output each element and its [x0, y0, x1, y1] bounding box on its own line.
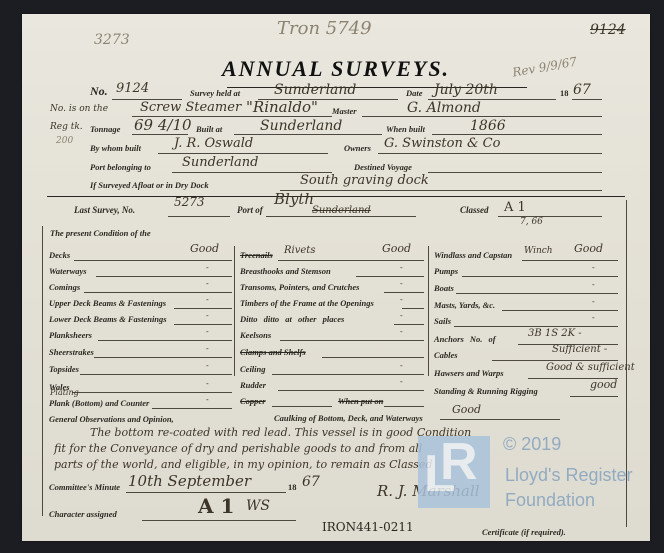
condition-value: Good [382, 242, 411, 255]
condition-label: Comings [49, 282, 80, 292]
committee-year-prefix: 18 [288, 482, 297, 492]
destined-voyage-label: Destined Voyage [354, 162, 412, 172]
character-initials: WS [246, 498, 270, 514]
condition-value: - [206, 279, 209, 288]
condition-label: Transoms, Pointers, and Crutches [240, 282, 359, 292]
caulking-label: Caulking of Bottom, Deck, and Waterways [274, 413, 423, 423]
surveyed-value: South graving dock [300, 173, 429, 188]
last-survey-value: 5273 [174, 195, 205, 209]
condition-label: Timbers of the Frame at the Openings [240, 298, 374, 308]
certificate-label: Certificate (if required). [482, 527, 566, 537]
year-prefix: 18 [560, 88, 569, 98]
condition-value: - [206, 395, 209, 404]
condition-value: Good [574, 242, 603, 255]
by-whom-value: J. R. Oswald [174, 136, 253, 151]
port-of-label: Port of [237, 205, 263, 215]
tonnage-label: Tonnage [90, 124, 120, 134]
condition-value: good [590, 378, 617, 391]
vessel-name: "Rinaldo" [246, 98, 318, 116]
condition-label: Ceiling [240, 364, 266, 374]
condition-label: Sheerstrakes [49, 347, 94, 357]
condition-label: Copper [240, 396, 266, 406]
condition-value: - [592, 263, 595, 272]
master-label: Master [332, 106, 357, 116]
watermark-org-line-2: Foundation [505, 490, 595, 511]
condition-value: - [206, 295, 209, 304]
committee-year: 67 [302, 474, 320, 490]
condition-label: Anchors No. of [434, 334, 496, 344]
classed-label: Classed [460, 205, 489, 215]
section-rule [47, 196, 625, 197]
condition-label-2: When put on [338, 396, 383, 406]
condition-value: - [206, 311, 209, 320]
top-right-number: 9124 [590, 22, 626, 38]
condition-value: - [592, 297, 595, 306]
condition-value: - [400, 279, 403, 288]
built-at-value: Sunderland [260, 118, 342, 134]
observations-label: General Observations and Opinion, [49, 414, 174, 424]
condition-value: - [592, 280, 595, 289]
condition-value: - [400, 377, 403, 386]
master-value: G. Almond [407, 100, 481, 116]
year-value: 67 [573, 82, 591, 98]
condition-value: 3B 1S 2K - [528, 328, 582, 339]
condition-label: Pumps [434, 266, 458, 276]
condition-value: - [400, 311, 403, 320]
condition-value: - [206, 361, 209, 370]
condition-value: - [206, 344, 209, 353]
margin-number: 3273 [94, 32, 130, 48]
condition-value: - [206, 379, 209, 388]
condition-label: Hawsers and Warps [434, 368, 504, 378]
vessel-type: Screw Steamer [140, 100, 241, 115]
last-survey-label: Last Survey, No. [74, 205, 135, 215]
condition-label: Upper Deck Beams & Fastenings [49, 298, 166, 308]
condition-label: Rudder [240, 380, 266, 390]
condition-label: Waterways [49, 266, 87, 276]
condition-value: - [206, 263, 209, 272]
port-of-value: Blyth [274, 190, 314, 208]
when-built-value: 1866 [470, 118, 506, 134]
observation-line-1: The bottom re-coated with red lead. This… [90, 426, 471, 439]
no-label: No. [90, 84, 108, 99]
condition-heading: The present Condition of the [50, 228, 151, 238]
condition-value: Good & sufficient [546, 362, 635, 373]
date-label: Date [406, 88, 423, 98]
condition-label: Windlass and Capstan [434, 250, 512, 260]
watermark-copyright: © 2019 [503, 434, 561, 455]
lr-logo: L R [418, 436, 490, 508]
condition-note: Plating [50, 388, 79, 397]
logo-letter-r: R [440, 432, 478, 492]
page-title: ANNUAL SURVEYS. [222, 56, 450, 82]
condition-value: - [400, 361, 403, 370]
condition-value: Good [190, 242, 219, 255]
character-assigned-label: Character assigned [49, 509, 117, 519]
watermark-org-line-1: Lloyd's Register [505, 465, 633, 486]
condition-value: - [400, 295, 403, 304]
condition-label: Breasthooks and Stemson [240, 266, 331, 276]
no-value: 9124 [116, 81, 149, 96]
on-the-prefix: No. is on the [50, 104, 108, 114]
archive-ref-bottom: IRON441-0211 [322, 520, 414, 534]
committee-minute-label: Committee's Minute [49, 482, 120, 492]
condition-label: Topsides [49, 364, 79, 374]
condition-label: Clamps and Shelfs [240, 347, 306, 357]
condition-note: Rivets [284, 245, 315, 256]
condition-label: Keelsons [240, 330, 271, 340]
date-value: July 20th [434, 82, 498, 98]
margin-200: 200 [56, 136, 73, 146]
port-belonging-value: Sunderland [182, 155, 258, 170]
condition-label: Lower Deck Beams & Fastenings [49, 314, 167, 324]
caulking-value: Good [452, 403, 481, 416]
by-whom-label: By whom built [90, 143, 141, 153]
condition-label: Planksheers [49, 330, 92, 340]
port-belonging-label: Port belonging to [90, 162, 151, 172]
condition-label: Masts, Yards, &c. [434, 300, 495, 310]
condition-label: Ditto ditto at other places [240, 314, 344, 324]
committee-minute-value: 10th September [128, 472, 251, 490]
tonnage-value: 69 4/10 [134, 116, 192, 134]
condition-value: - [400, 327, 403, 336]
condition-label: Decks [49, 250, 70, 260]
classed-value: A 1 [504, 200, 526, 215]
condition-value: - [400, 263, 403, 272]
built-at-label: Built at [196, 124, 222, 134]
observation-line-2: fit for the Conveyance of dry and perish… [54, 442, 422, 455]
survey-held-label: Survey held at [190, 88, 240, 98]
reg-prefix: Reg tk. [50, 122, 83, 132]
when-built-label: When built [386, 124, 425, 134]
condition-label: Standing & Running Rigging [434, 386, 538, 396]
condition-label: Cables [434, 350, 458, 360]
condition-value: - [206, 327, 209, 336]
condition-label: Sails [434, 316, 451, 326]
character-assigned-value: A 1 [198, 494, 234, 518]
port-of-struck: Sunderland [312, 205, 371, 216]
surveyed-label: If Surveyed Afloat or in Dry Dock [90, 180, 209, 190]
condition-value: - [592, 313, 595, 322]
condition-label: Boats [434, 283, 454, 293]
survey-document: 3273 Tron 5749 9124 Rev 9/9/67 ANNUAL SU… [22, 14, 650, 541]
revision-note: Rev 9/9/67 [511, 54, 578, 79]
observation-line-3: parts of the world, and eligible, in my … [54, 458, 432, 471]
owners-value: G. Swinston & Co [384, 136, 500, 151]
classed-sub: 7, 66 [520, 217, 543, 227]
condition-note: Winch [524, 246, 553, 256]
condition-label: Treenails [240, 250, 273, 260]
owners-label: Owners [344, 143, 371, 153]
condition-label: Plank (Bottom) and Counter [49, 398, 149, 408]
survey-held-value: Sunderland [274, 82, 356, 98]
condition-value: Sufficient - [552, 344, 607, 355]
archive-ref-top: Tron 5749 [277, 18, 372, 39]
